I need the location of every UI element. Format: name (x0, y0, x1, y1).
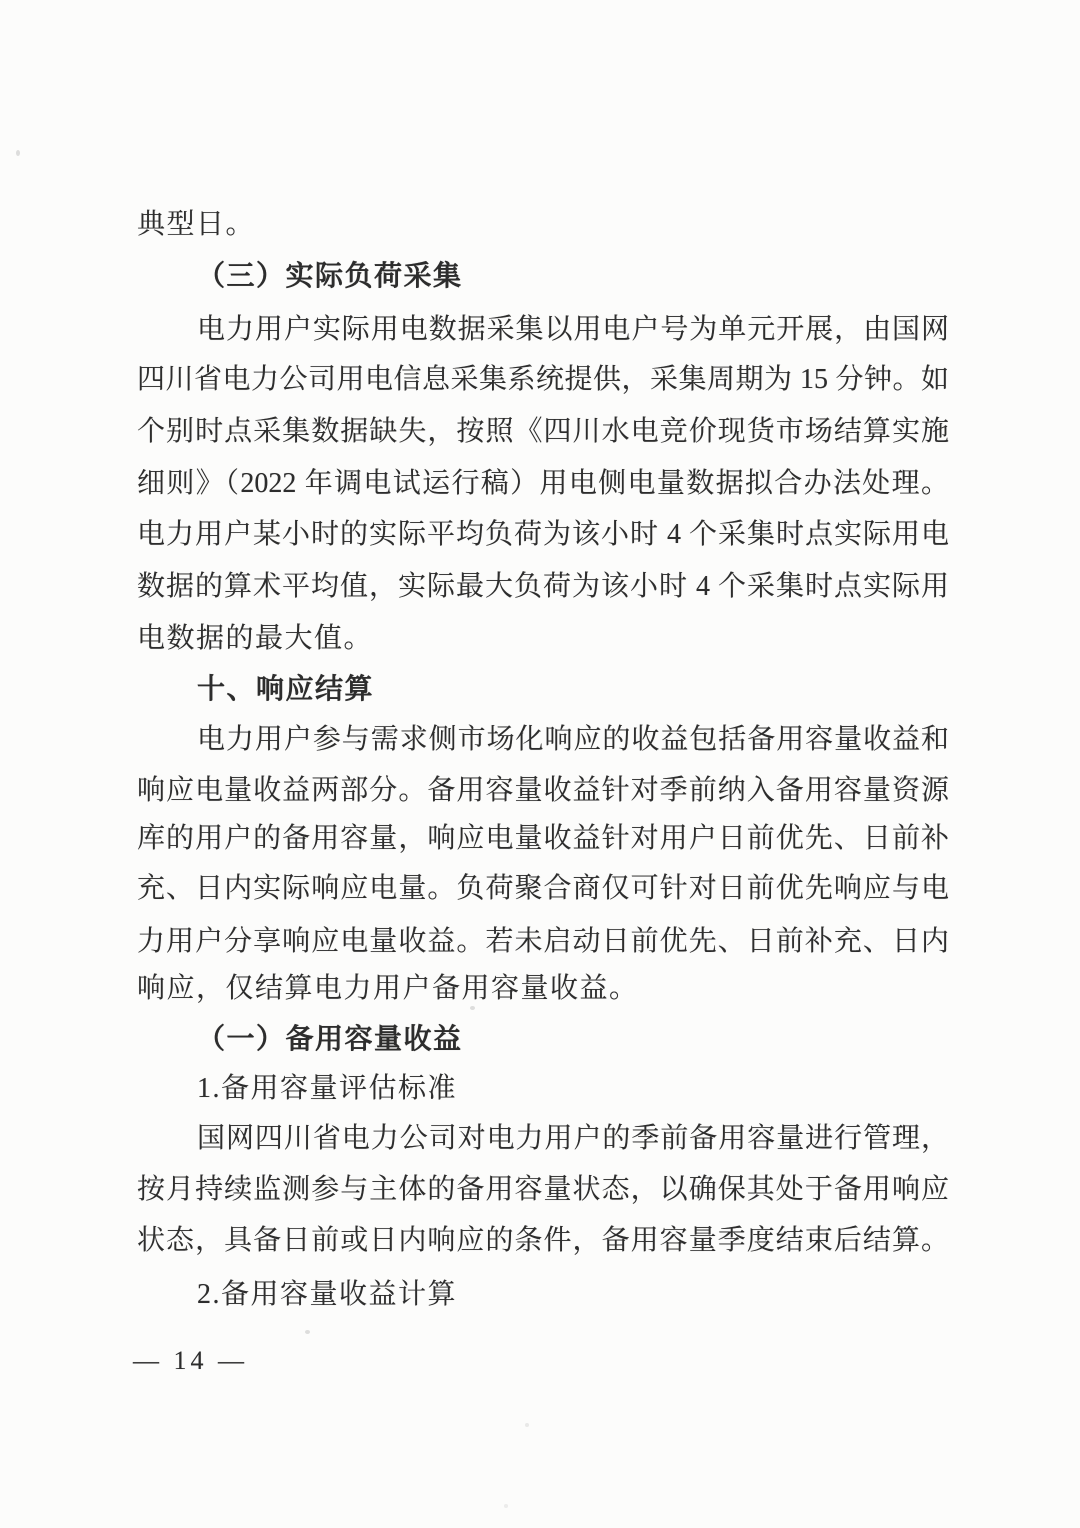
body-text-line: 电力用户某小时的实际平均负荷为该小时 4 个采集时点实际用电 (137, 519, 949, 551)
body-text-line: 电力用户参与需求侧市场化响应的收益包括备用容量收益和 (197, 724, 949, 756)
document-page: 典型日。 （三）实际负荷采集 电力用户实际用电数据采集以用电户号为单元开展，由国… (0, 0, 1080, 1528)
body-text-line: 四川省电力公司用电信息采集系统提供，采集周期为 15 分钟。如 (137, 364, 949, 396)
scan-speck (504, 1504, 508, 1508)
numbered-subitem-1: 1.备用容量评估标准 (197, 1073, 949, 1105)
heading-section-1: （一）备用容量收益 (197, 1024, 949, 1056)
numbered-subitem-2: 2.备用容量收益计算 (197, 1279, 949, 1311)
body-text-line: 细则》（2022 年调电试运行稿）用电侧电量数据拟合办法处理。 (137, 468, 949, 500)
body-text-line: 电力用户实际用电数据采集以用电户号为单元开展，由国网 (197, 314, 949, 346)
body-text-line: 电数据的最大值。 (137, 623, 949, 655)
scan-speck (470, 1006, 475, 1010)
heading-section-3: （三）实际负荷采集 (197, 261, 949, 293)
body-text-line: 状态，具备日前或日内响应的条件，备用容量季度结束后结算。 (137, 1225, 949, 1257)
body-text-line: 库的用户的备用容量，响应电量收益针对用户日前优先、日前补 (137, 823, 949, 855)
page-number: — 14 — (133, 1346, 248, 1376)
scan-speck (525, 1423, 529, 1427)
heading-chapter-10: 十、响应结算 (197, 673, 949, 705)
body-text-line: 响应电量收益两部分。备用容量收益针对季前纳入备用容量资源 (137, 775, 949, 807)
body-text-line: 典型日。 (137, 209, 949, 241)
scan-speck (305, 1330, 310, 1334)
body-text-line: 力用户分享响应电量收益。若未启动日前优先、日前补充、日内 (137, 926, 949, 958)
body-text-line: 按月持续监测参与主体的备用容量状态，以确保其处于备用响应 (137, 1174, 949, 1206)
body-text-line: 个别时点采集数据缺失，按照《四川水电竞价现货市场结算实施 (137, 416, 949, 448)
scan-speck (16, 150, 20, 156)
body-text-line: 国网四川省电力公司对电力用户的季前备用容量进行管理， (197, 1123, 949, 1155)
body-text-line: 数据的算术平均值，实际最大负荷为该小时 4 个采集时点实际用 (137, 571, 949, 603)
body-text-line: 充、日内实际响应电量。负荷聚合商仅可针对日前优先响应与电 (137, 873, 949, 905)
body-text-line: 响应，仅结算电力用户备用容量收益。 (137, 973, 949, 1005)
